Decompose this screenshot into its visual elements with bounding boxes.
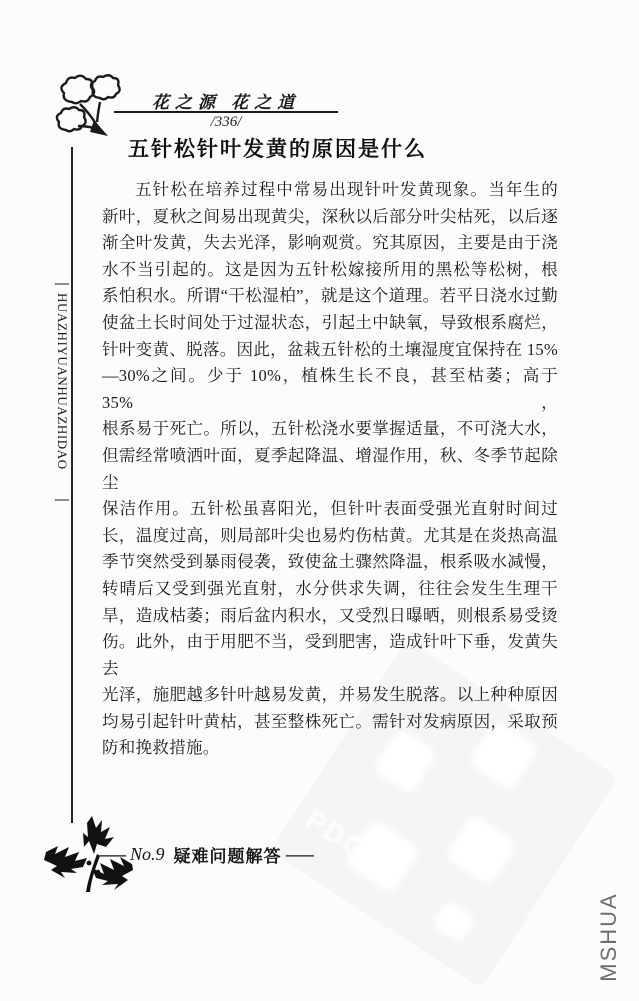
body-line: —30%之间。少于 10%，植株生长不良，甚至枯萎；高于 35%， bbox=[102, 363, 558, 416]
body-line: 光泽，施肥越多针叶越易发黄，并易发生脱落。以上种种原因 bbox=[102, 682, 558, 709]
body-line: 季节突然受到暴雨侵袭，致使盆土骤然降温，根系吸水减慢， bbox=[102, 549, 558, 576]
body-line: 新叶，夏秋之间易出现黄尖，深秋以后部分叶尖枯死，以后逐 bbox=[102, 204, 558, 231]
article-body: 五针松在培养过程中常易出现针叶发黄现象。当年生的新叶，夏秋之间易出现黄尖，深秋以… bbox=[102, 177, 558, 762]
article-title: 五针松针叶发黄的原因是什么 bbox=[128, 133, 427, 163]
body-line: 转晴后又受到强光直射，水分供求失调，往往会发生生理干 bbox=[102, 576, 558, 603]
body-line: 长，温度过高，则局部叶尖也易灼伤枯黄。尤其是在炎热高温 bbox=[102, 523, 558, 550]
body-line: 针叶变黄、脱落。因此，盆栽五针松的土壤湿度宜保持在 15% bbox=[102, 337, 558, 364]
body-line: 均易引起针叶黄枯，甚至整株死亡。需针对发病原因，采取预 bbox=[102, 709, 558, 736]
strip-dash-top: — bbox=[55, 279, 69, 289]
page-number: /336/ bbox=[114, 114, 338, 131]
seal-glyph-blob bbox=[445, 814, 519, 887]
seal-glyph-blob bbox=[431, 900, 476, 944]
flower-outline-icon bbox=[50, 74, 124, 152]
body-line: 但需经常喷洒叶面，夏季起降温、增湿作用，秋、冬季节起除尘 bbox=[102, 443, 558, 496]
vertical-book-title-pinyin: HUAZHIYUANHUAZHIDAO bbox=[54, 293, 70, 491]
margin-pinyin-strip: — HUAZHIYUANHUAZHIDAO — bbox=[48, 279, 76, 505]
body-line: 旱，造成枯萎；雨后盆内积水，又受烈日曝晒，则根系易受烫 bbox=[102, 603, 558, 630]
strip-dash-bottom: — bbox=[55, 495, 69, 505]
book-title: 花之源 花之道 bbox=[114, 88, 338, 113]
mshua-watermark-text: MSHUA bbox=[596, 877, 626, 997]
body-line: 根系易于死亡。所以，五针松浇水要掌握适量，不可浇大水， bbox=[102, 416, 558, 443]
body-line: 系怕积水。所谓“干松湿柏”，就是这个道理。若平日浇水过勤 bbox=[102, 283, 558, 310]
body-line: 防和挽救措施。 bbox=[102, 735, 558, 762]
body-line: 使盆土长时间处于过湿状态，引起土中缺氧，导致根系腐烂， bbox=[102, 310, 558, 337]
body-line: 五针松在培养过程中常易出现针叶发黄现象。当年生的 bbox=[102, 177, 558, 204]
body-line: 保洁作用。五针松虽喜阳光，但针叶表面受强光直射时间过 bbox=[102, 496, 558, 523]
body-line: 伤。此外，由于用肥不当，受到肥害，造成针叶下垂，发黄失去 bbox=[102, 629, 558, 682]
footer-dash-right: — bbox=[286, 844, 314, 865]
footer-section-line: — No.9 疑难问题解答 — bbox=[103, 842, 309, 867]
footer-section-title: 疑难问题解答 bbox=[174, 842, 282, 867]
header-rule bbox=[114, 111, 338, 113]
body-line: 水不当引起的。这是因为五针松嫁接所用的黑松等松树，根 bbox=[102, 257, 558, 284]
footer-issue-number: No.9 bbox=[130, 844, 165, 865]
body-line: 渐全叶发黄，失去光泽，影响观赏。究其原因，主要是由于浇 bbox=[102, 230, 558, 257]
footer-dash-left: — bbox=[98, 844, 126, 865]
